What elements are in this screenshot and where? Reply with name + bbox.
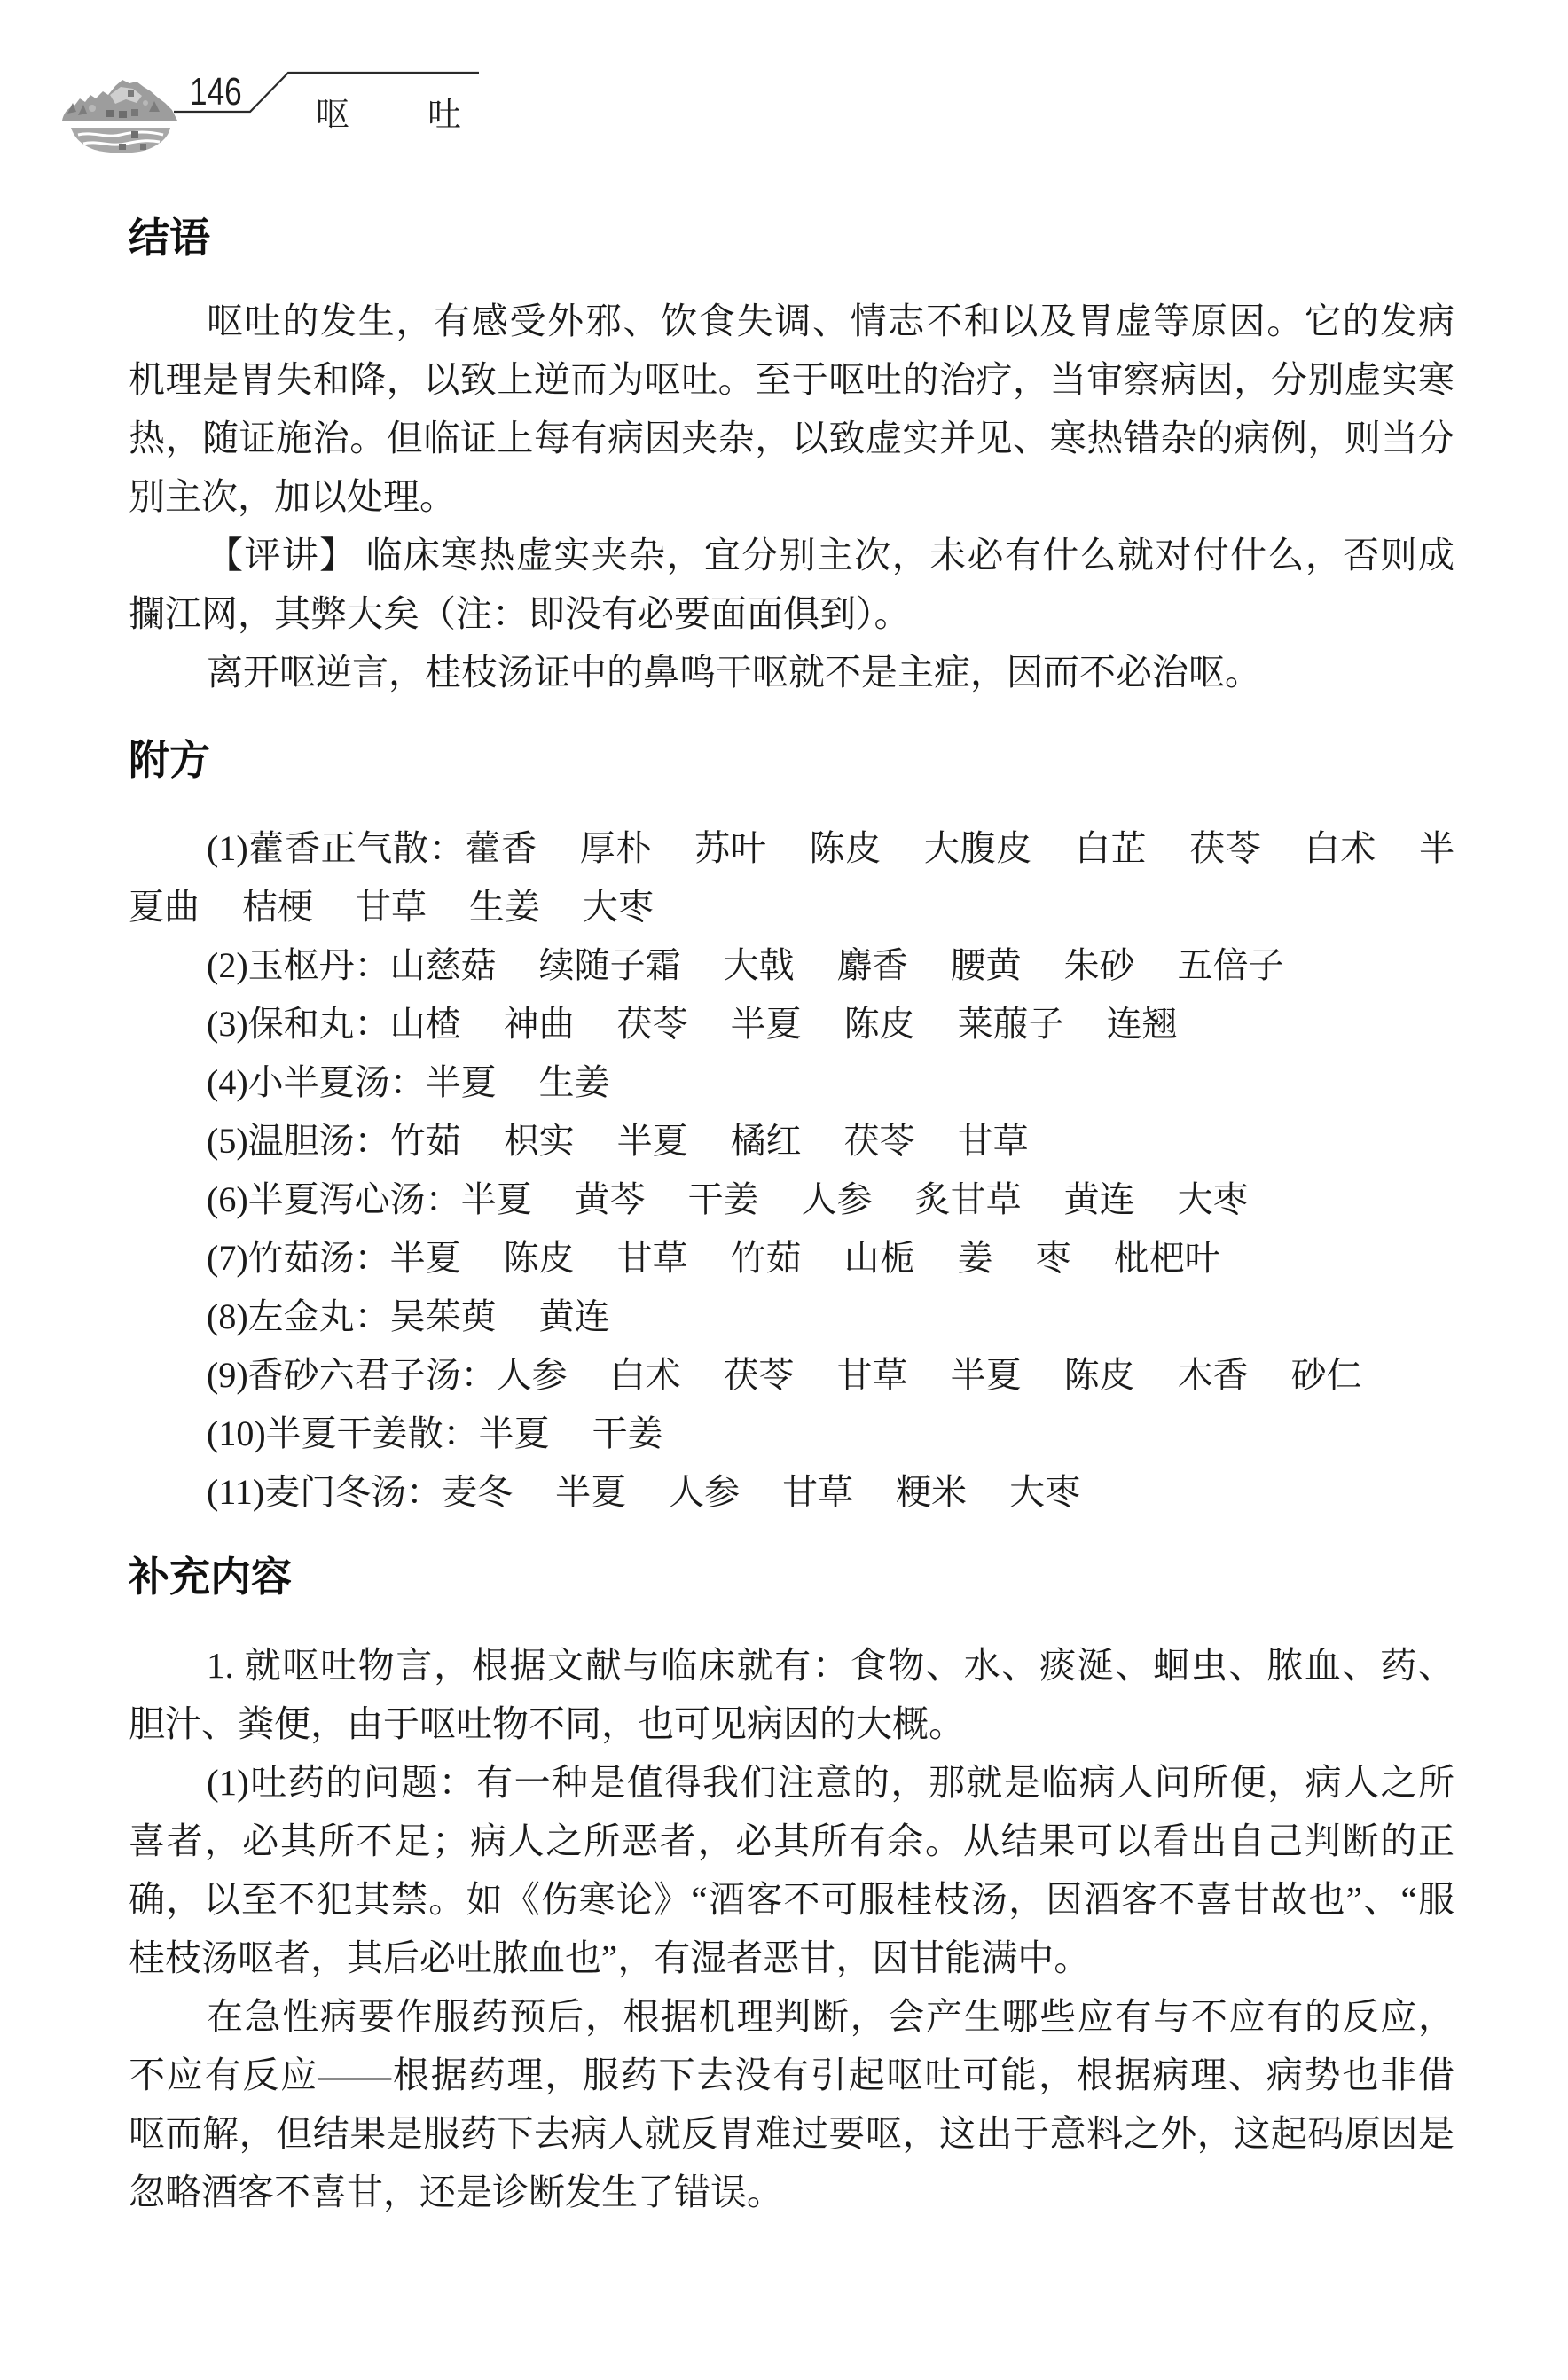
ingredient: 橘红: [731, 1121, 802, 1161]
ingredient: 山慈菇: [390, 945, 497, 985]
formula-name: 保和丸: [248, 1004, 355, 1044]
formula-item: (4)小半夏汤：半夏生姜: [129, 1053, 1454, 1112]
ingredient: 茯苓: [724, 1355, 795, 1395]
ingredient: 白芷: [1075, 828, 1147, 868]
ingredient: 莱菔子: [958, 1004, 1064, 1044]
ingredient: 竹茹: [731, 1238, 802, 1278]
ingredient: 神曲: [504, 1004, 575, 1044]
formula-name: 玉枢丹: [248, 945, 355, 985]
ingredient: 生姜: [539, 1062, 610, 1102]
conclusion-paragraph: 呕吐的发生，有感受外邪、饮食失调、情志不和以及胃虚等原因。它的发病 机理是胃失和…: [129, 292, 1454, 526]
chapter-title: 呕吐: [316, 97, 539, 132]
commentary-paragraph: 【评讲】临床寒热虚实夹杂，宜分别主次，未必有什么就对付什么，否则成 攔江网，其弊…: [129, 526, 1454, 643]
ingredient: 大戟: [724, 945, 795, 985]
ingredient: 茯苓: [844, 1121, 915, 1161]
ingredient: 干姜: [592, 1413, 663, 1453]
ingredient: 黄芩: [575, 1179, 646, 1219]
ingredient: 大枣: [1178, 1179, 1249, 1219]
ingredient: 生姜: [469, 887, 540, 927]
ingredient: 半夏: [555, 1472, 626, 1512]
formula-separator: ：: [355, 1121, 390, 1161]
ingredient: 茯苓: [1189, 828, 1261, 868]
ingredient: 甘草: [837, 1355, 908, 1395]
ingredient: 大枣: [583, 887, 654, 927]
formula-number: (3): [207, 1004, 248, 1044]
formula-separator: ：: [355, 1004, 390, 1044]
text-line: 呕吐的发生，有感受外邪、饮食失调、情志不和以及胃虚等原因。它的发病: [129, 292, 1454, 350]
formula-separator: ：: [390, 1062, 426, 1102]
formula-name: 藿香正气散: [248, 828, 429, 868]
ingredient: 半夏: [479, 1413, 550, 1453]
supplement-paragraph: 1. 就呕吐物言，根据文献与临床就有：食物、水、痰涎、蛔虫、脓血、药、 胆汁、粪…: [129, 1636, 1454, 1753]
ingredient: 竹茹: [390, 1121, 461, 1161]
formula-number: (1): [207, 828, 248, 868]
supplement-paragraph: (1)吐药的问题：有一种是值得我们注意的，那就是临病人问所便，病人之所 喜者，必…: [129, 1753, 1454, 1987]
ingredient: 山楂: [390, 1004, 461, 1044]
ingredient: 黄连: [1064, 1179, 1135, 1219]
formula-separator: ：: [426, 1179, 461, 1219]
ingredient: 枳实: [504, 1121, 575, 1161]
formula-separator: ：: [355, 945, 390, 985]
ingredient: 人参: [802, 1179, 873, 1219]
formula-number: (7): [207, 1238, 248, 1278]
text-line: 离开呕逆言，桂枝汤证中的鼻鸣干呕就不是主症，因而不必治呕。: [129, 643, 1454, 701]
section-heading-appendix: 附方: [129, 731, 1454, 789]
ingredient: 白术: [1305, 828, 1376, 868]
formula-name: 半夏干姜散: [266, 1413, 443, 1453]
formula-number: (5): [207, 1121, 248, 1161]
ingredient: 炙甘草: [915, 1179, 1022, 1219]
formula-separator: ：: [355, 1238, 390, 1278]
ingredient: 甘草: [958, 1121, 1029, 1161]
formula-item: (11)麦门冬汤：麦冬半夏人参甘草粳米大枣: [129, 1463, 1454, 1522]
ingredient: 半夏: [951, 1355, 1022, 1395]
book-page: 146 呕吐 结语 呕吐的发生，有感受外邪、饮食失调、情志不和以及胃虚等原因。它…: [0, 0, 1568, 2380]
ingredient: 枣: [1036, 1238, 1071, 1278]
formula-number: (9): [207, 1355, 248, 1395]
supplement-paragraph: 在急性病要作服药预后，根据机理判断，会产生哪些应有与不应有的反应， 不应有反应—…: [129, 1987, 1454, 2221]
ingredient: 姜: [958, 1238, 993, 1278]
ingredient: 人参: [497, 1355, 568, 1395]
ingredient: 干姜: [688, 1179, 759, 1219]
ingredient: 甘草: [782, 1472, 853, 1512]
ingredient: 连翘: [1107, 1004, 1178, 1044]
ingredient: 吴茱萸: [390, 1296, 497, 1336]
ingredient: 厚朴: [580, 828, 652, 868]
ingredient: 苏叶: [694, 828, 766, 868]
supplement-body: 1. 就呕吐物言，根据文献与临床就有：食物、水、痰涎、蛔虫、脓血、药、 胆汁、粪…: [129, 1636, 1454, 2221]
formula-item: (6)半夏泻心汤：半夏黄芩干姜人参炙甘草黄连大枣: [129, 1170, 1454, 1229]
ingredient: 麝香: [837, 945, 908, 985]
ingredient: 陈皮: [504, 1238, 575, 1278]
formula-name: 左金丸: [248, 1296, 355, 1336]
ingredient: 桔梗: [242, 887, 313, 927]
formula-number: (2): [207, 945, 248, 985]
ingredient: 半夏: [461, 1179, 532, 1219]
ingredient: 甘草: [617, 1238, 688, 1278]
formula-name: 小半夏汤: [248, 1062, 390, 1102]
ingredient: 粳米: [896, 1472, 967, 1512]
formula-separator: ：: [461, 1355, 497, 1395]
formula-item: (3)保和丸：山楂神曲茯苓半夏陈皮莱菔子连翘: [129, 995, 1454, 1053]
ingredient: 黄连: [539, 1296, 610, 1336]
text-line: 桂枝汤呕者，其后必吐脓血也”，有湿者恶甘，因甘能满中。: [129, 1929, 1454, 1987]
note-paragraph: 离开呕逆言，桂枝汤证中的鼻鸣干呕就不是主症，因而不必治呕。: [129, 643, 1454, 701]
text-line: 胆汁、粪便，由于呕吐物不同，也可见病因的大概。: [129, 1695, 1454, 1753]
formula-separator: ：: [429, 828, 466, 868]
text-line: (1)吐药的问题：有一种是值得我们注意的，那就是临病人问所便，病人之所: [129, 1753, 1454, 1812]
text-line: 呕而解，但结果是服药下去病人就反胃难过要呕，这出于意料之外，这起码原因是: [129, 2104, 1454, 2163]
commentary-text: 临床寒热虚实夹杂，宜分别主次，未必有什么就对付什么，否则成: [366, 535, 1455, 575]
section-heading-supplement: 补充内容: [129, 1547, 1454, 1606]
ingredient: 陈皮: [844, 1004, 915, 1044]
ingredient: 朱砂: [1064, 945, 1135, 985]
ingredient: 续随子霜: [539, 945, 681, 985]
formula-item: (8)左金丸：吴茱萸黄连: [129, 1288, 1454, 1346]
formula-item: (10)半夏干姜散：半夏干姜: [129, 1405, 1454, 1463]
commentary-label: 【评讲】: [207, 535, 357, 575]
formula-name: 香砂六君子汤: [248, 1355, 461, 1395]
ingredient: 半夏: [426, 1062, 497, 1102]
formula-item: (7)竹茹汤：半夏陈皮甘草竹茹山栀姜枣枇杷叶: [129, 1229, 1454, 1288]
formula-name: 竹茹汤: [248, 1238, 355, 1278]
ingredient: 麦冬: [442, 1472, 513, 1512]
formula-separator: ：: [355, 1296, 390, 1336]
ingredient: 山栀: [844, 1238, 915, 1278]
ingredient: 陈皮: [1064, 1355, 1135, 1395]
formula-number: (10): [207, 1413, 266, 1453]
formula-number: (4): [207, 1062, 248, 1102]
ingredient: 半夏: [731, 1004, 802, 1044]
text-line: 不应有反应——根据药理，服药下去没有引起呕吐可能，根据病理、病势也非借: [129, 2046, 1454, 2104]
text-line: 确，以至不犯其禁。如《伤寒论》“酒客不可服桂枝汤，因酒客不喜甘故也”、“服: [129, 1870, 1454, 1929]
formula-number: (11): [207, 1472, 264, 1512]
text-line: 1. 就呕吐物言，根据文献与临床就有：食物、水、痰涎、蛔虫、脓血、药、: [129, 1636, 1454, 1695]
ingredient: 砂仁: [1291, 1355, 1362, 1395]
formula-item: (9)香砂六君子汤：人参白术茯苓甘草半夏陈皮木香砂仁: [129, 1346, 1454, 1405]
formula-name: 麦门冬汤: [264, 1472, 406, 1512]
ingredient: 白术: [610, 1355, 681, 1395]
ingredient: 陈皮: [810, 828, 882, 868]
page-number: 146: [190, 73, 242, 112]
text-line: 别主次，加以处理。: [129, 467, 1454, 526]
ingredient: 半夏: [617, 1121, 688, 1161]
text-line: 攔江网，其弊大矣（注：即没有必要面面俱到）。: [129, 584, 1454, 643]
ingredient: 枇杷叶: [1114, 1238, 1220, 1278]
ingredient: 甘草: [356, 887, 427, 927]
formula-item: (5)温胆汤：竹茹枳实半夏橘红茯苓甘草: [129, 1112, 1454, 1170]
text-line: 热，随证施治。但临证上每有病因夹杂，以致虚实并见、寒热错杂的病例，则当分: [129, 409, 1454, 467]
text-line: 忽略酒客不喜甘，还是诊断发生了错误。: [129, 2163, 1454, 2221]
ingredient: 大腹皮: [924, 828, 1032, 868]
formula-number: (6): [207, 1179, 248, 1219]
ingredient: 大枣: [1009, 1472, 1080, 1512]
formula-item: (2)玉枢丹：山慈菇续随子霜大戟麝香腰黄朱砂五倍子: [129, 936, 1454, 995]
ingredient: 茯苓: [617, 1004, 688, 1044]
formula-separator: ：: [406, 1472, 442, 1512]
formula-number: (8): [207, 1296, 248, 1336]
ingredient: 木香: [1178, 1355, 1249, 1395]
section-heading-conclusion: 结语: [129, 208, 1454, 267]
formula-list: (1)藿香正气散：藿香厚朴苏叶陈皮大腹皮白芷茯苓白术半夏曲桔梗甘草生姜大枣(2)…: [129, 819, 1454, 1522]
formula-name: 半夏泻心汤: [248, 1179, 426, 1219]
text-line: 机理是胃失和降，以致上逆而为呕吐。至于呕吐的治疗，当审察病因，分别虚实寒: [129, 350, 1454, 409]
text-line: 在急性病要作服药预后，根据机理判断，会产生哪些应有与不应有的反应，: [129, 1987, 1454, 2046]
ingredient: 人参: [669, 1472, 740, 1512]
ingredient: 半夏: [390, 1238, 461, 1278]
ingredient: 五倍子: [1178, 945, 1284, 985]
text-line: 喜者，必其所不足；病人之所恶者，必其所有余。从结果可以看出自己判断的正: [129, 1812, 1454, 1870]
formula-item: (1)藿香正气散：藿香厚朴苏叶陈皮大腹皮白芷茯苓白术半夏曲桔梗甘草生姜大枣: [129, 819, 1454, 936]
ingredient: 藿香: [465, 828, 537, 868]
formula-separator: ：: [443, 1413, 479, 1453]
ingredient: 腰黄: [951, 945, 1022, 985]
formula-name: 温胆汤: [248, 1121, 355, 1161]
content-column: 结语 呕吐的发生，有感受外邪、饮食失调、情志不和以及胃虚等原因。它的发病 机理是…: [129, 208, 1454, 2221]
text-line: 【评讲】临床寒热虚实夹杂，宜分别主次，未必有什么就对付什么，否则成: [129, 526, 1454, 584]
